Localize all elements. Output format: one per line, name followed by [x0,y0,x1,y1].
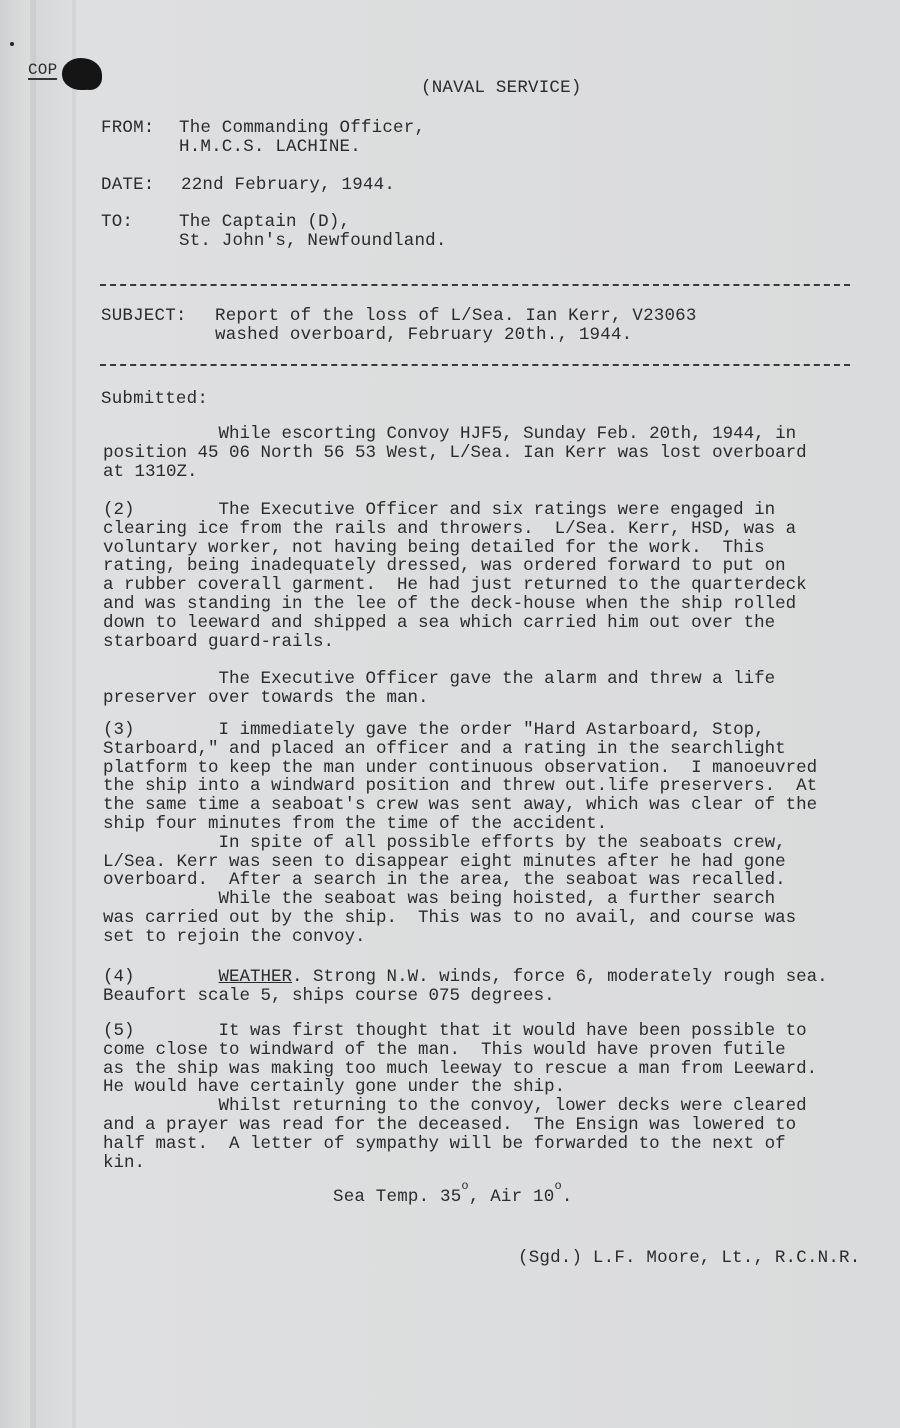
subject-label: SUBJECT: [101,307,187,326]
ink-blot [78,66,102,90]
divider-bottom [100,364,850,366]
to-label: TO: [101,213,133,232]
paragraph-2-continued: The Executive Officer gave the alarm and… [103,670,883,708]
paragraph-2: (2) The Executive Officer and six rating… [103,501,883,651]
signature: (Sgd.) L.F. Moore, Lt., R.C.N.R. [518,1249,860,1268]
paragraph-4-number: (4) [103,967,219,987]
copy-stamp: COP [28,62,57,80]
paper-fold [72,0,76,1428]
paragraph-1: While escorting Convoy HJF5, Sunday Feb.… [103,425,883,481]
paragraph-4: (4) WEATHER. Strong N.W. winds, force 6,… [103,968,883,1006]
temperature-line: Sea Temp. 35o, Air 10o. [333,1177,573,1207]
from-line1: The Commanding Officer, [179,119,425,138]
paper-fold [30,0,36,1428]
ink-dot [10,42,14,46]
paragraph-3: (3) I immediately gave the order "Hard A… [103,721,883,947]
subject-line1: Report of the loss of L/Sea. Ian Kerr, V… [215,307,697,326]
to-line1: The Captain (D), [179,213,350,232]
degree-symbol: o [554,1179,561,1193]
to-line2: St. John's, Newfoundland. [179,232,447,251]
classification: (NAVAL SERVICE) [421,79,582,98]
degree-symbol: o [461,1179,468,1193]
weather-heading: WEATHER [219,967,293,987]
date-label: DATE: [101,176,155,195]
divider-top [100,284,850,286]
date-value: 22nd February, 1944. [181,176,395,195]
submitted-label: Submitted: [101,390,208,409]
subject-line2: washed overboard, February 20th., 1944. [215,326,632,345]
paragraph-5: (5) It was first thought that it would h… [103,1022,883,1172]
from-line2: H.M.C.S. LACHINE. [179,138,361,157]
from-label: FROM: [101,119,155,138]
document-paper [0,0,900,1428]
